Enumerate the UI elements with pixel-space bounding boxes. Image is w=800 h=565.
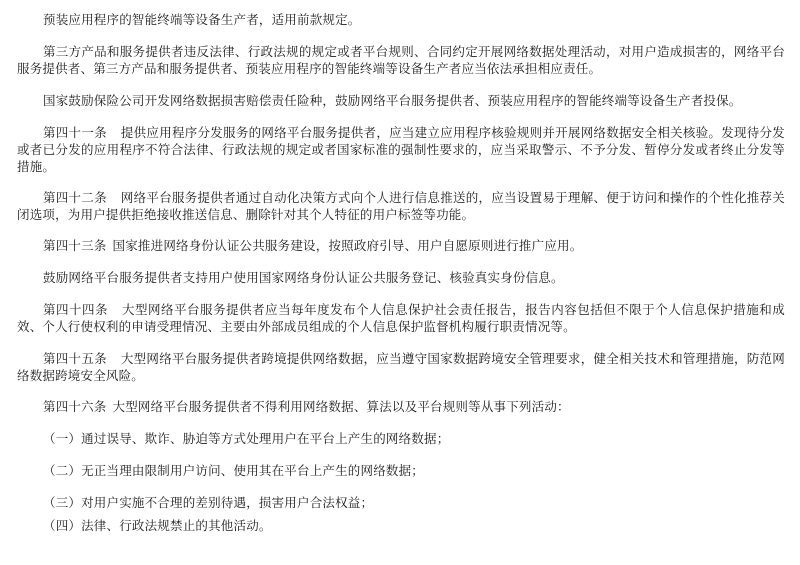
article-number: 第四十一条: [43, 125, 107, 140]
paragraph-identity-auth: 鼓励网络平台服务提供者支持用户使用国家网络身份认证公共服务登记、核验真实身份信息…: [17, 269, 785, 286]
list-item-text: （四）法律、行政法规禁止的其他活动。: [43, 518, 272, 533]
article-41: 第四十一条提供应用程序分发服务的网络平台服务提供者，应当建立应用程序核验规则并开…: [17, 124, 785, 175]
article-45: 第四十五条大型网络平台服务提供者跨境提供网络数据，应当遵守国家数据跨境安全管理要…: [17, 350, 785, 384]
paragraph-text: 鼓励网络平台服务提供者支持用户使用国家网络身份认证公共服务登记、核验真实身份信息…: [43, 270, 564, 285]
article-number: 第四十四条: [43, 302, 108, 317]
article-text: 大型网络平台服务提供者不得利用网络数据、算法以及平台规则等从事下列活动：: [113, 399, 570, 414]
article-text: 大型网络平台服务提供者应当每年度发布个人信息保护社会责任报告，报告内容包括但不限…: [17, 302, 785, 334]
paragraph-prior-clause: 预装应用程序的智能终端等设备生产者，适用前款规定。: [17, 11, 785, 28]
list-item-text: （三）对用户实施不合理的差别待遇，损害用户合法权益；: [43, 495, 373, 510]
list-item-text: （一）通过误导、欺诈、胁迫等方式处理用户在平台上产生的网络数据；: [43, 431, 449, 446]
list-item-4: （四）法律、行政法规禁止的其他活动。: [43, 517, 783, 534]
paragraph-third-party-liability: 第三方产品和服务提供者违反法律、行政法规的规定或者平台规则、合同约定开展网络数据…: [17, 43, 785, 77]
document-page: 预装应用程序的智能终端等设备生产者，适用前款规定。 第三方产品和服务提供者违反法…: [0, 0, 800, 565]
paragraph-text: 预装应用程序的智能终端等设备生产者，适用前款规定。: [43, 12, 361, 27]
list-item-text: （二）无正当理由限制用户访问、使用其在平台上产生的网络数据；: [43, 463, 424, 478]
article-number: 第四十二条: [43, 190, 107, 205]
article-text: 大型网络平台服务提供者跨境提供网络数据，应当遵守国家数据跨境安全管理要求，健全相…: [17, 351, 785, 383]
article-number: 第四十六条: [43, 399, 107, 414]
list-item-1: （一）通过误导、欺诈、胁迫等方式处理用户在平台上产生的网络数据；: [43, 430, 783, 447]
article-number: 第四十三条: [43, 238, 107, 253]
list-item-2: （二）无正当理由限制用户访问、使用其在平台上产生的网络数据；: [43, 462, 783, 479]
article-number: 第四十五条: [43, 351, 107, 366]
paragraph-text: 国家鼓励保险公司开发网络数据损害赔偿责任险种，鼓励网络平台服务提供者、预装应用程…: [43, 93, 742, 108]
article-text: 国家推进网络身份认证公共服务建设，按照政府引导、用户自愿原则进行推广应用。: [113, 238, 583, 253]
article-44: 第四十四条大型网络平台服务提供者应当每年度发布个人信息保护社会责任报告，报告内容…: [17, 301, 785, 335]
list-item-3: （三）对用户实施不合理的差别待遇，损害用户合法权益；: [43, 494, 783, 511]
article-text: 提供应用程序分发服务的网络平台服务提供者，应当建立应用程序核验规则并开展网络数据…: [17, 125, 785, 174]
article-42: 第四十二条网络平台服务提供者通过自动化决策方式向个人进行信息推送的，应当设置易于…: [17, 189, 785, 223]
article-text: 网络平台服务提供者通过自动化决策方式向个人进行信息推送的，应当设置易于理解、便于…: [17, 190, 785, 222]
paragraph-insurance: 国家鼓励保险公司开发网络数据损害赔偿责任险种，鼓励网络平台服务提供者、预装应用程…: [17, 92, 785, 109]
article-46: 第四十六条大型网络平台服务提供者不得利用网络数据、算法以及平台规则等从事下列活动…: [17, 398, 785, 415]
paragraph-text: 第三方产品和服务提供者违反法律、行政法规的规定或者平台规则、合同约定开展网络数据…: [17, 44, 785, 76]
article-43: 第四十三条国家推进网络身份认证公共服务建设，按照政府引导、用户自愿原则进行推广应…: [17, 237, 785, 254]
